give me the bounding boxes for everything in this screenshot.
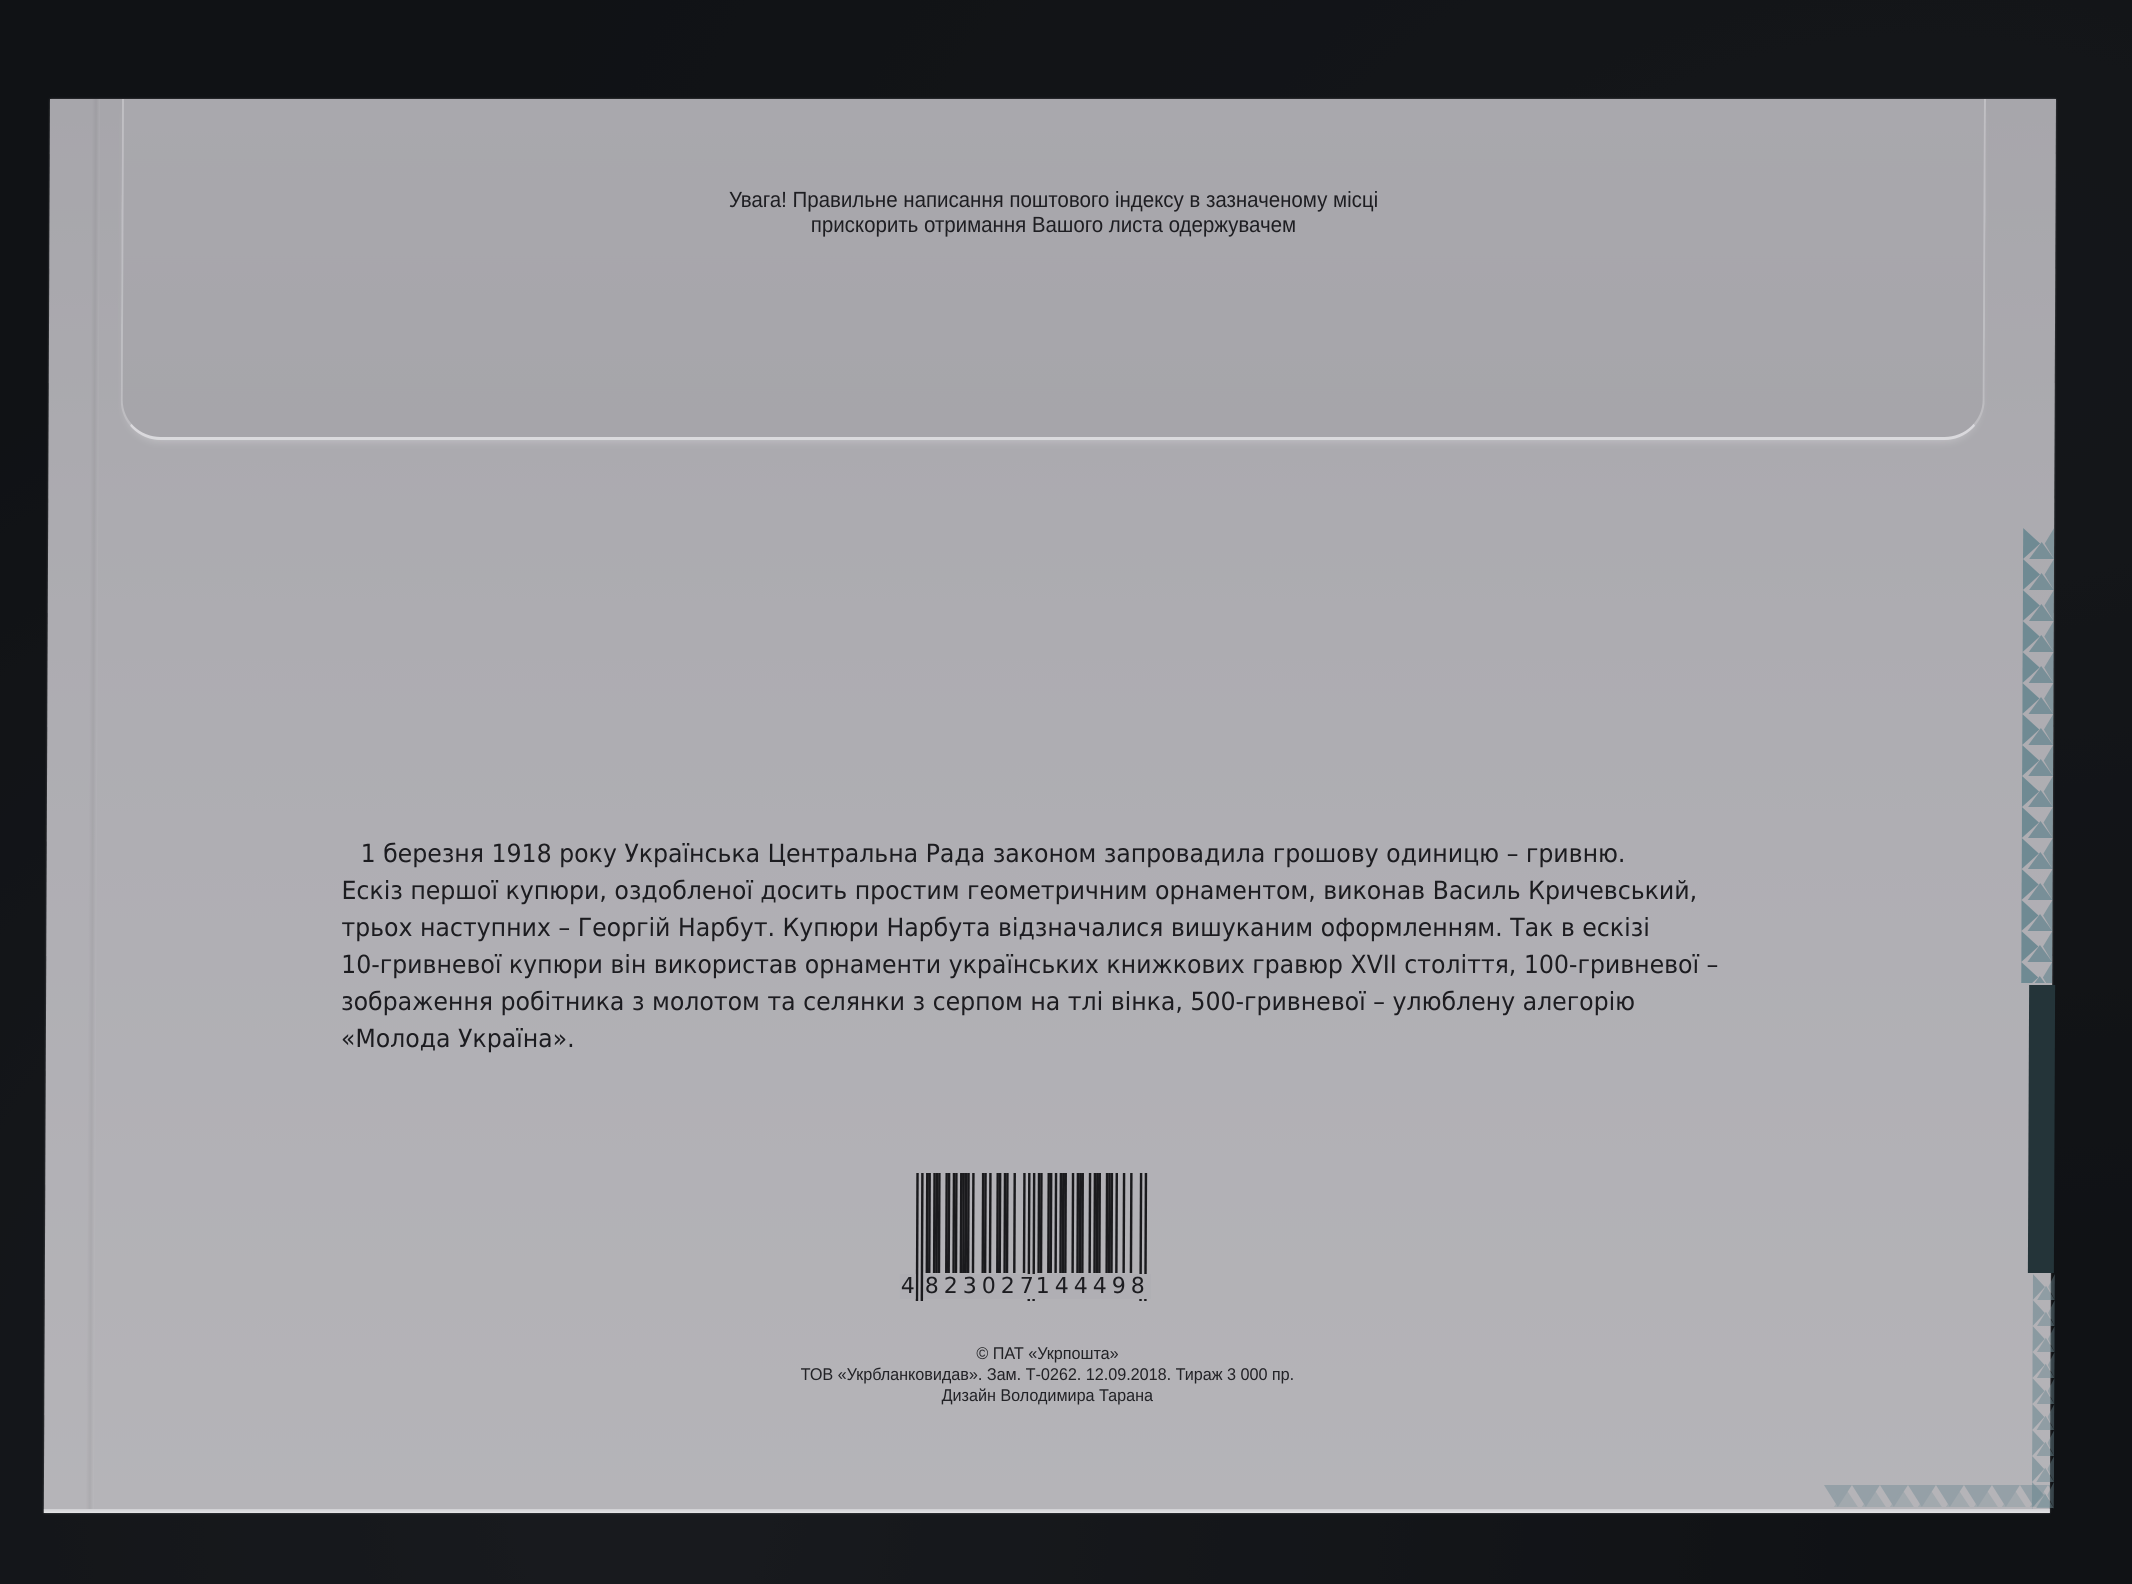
barcode-digit-group: 144498: [1035, 1274, 1151, 1299]
triangle-ornament-bottom: [1824, 1481, 2050, 1507]
description-line: 10-гривневої купюри він використав орнам…: [341, 946, 1721, 983]
side-flap-fold: [86, 99, 100, 1513]
publisher-imprint: © ПАТ «Укрпошта» ТОВ «Укрбланковидав». З…: [94, 1343, 2000, 1406]
ornament-dark-block: [2028, 985, 2055, 1273]
description-line: 1 березня 1918 року Українська Центральн…: [342, 835, 1722, 872]
description-line: «Молода Україна».: [341, 1020, 1721, 1057]
history-description: 1 березня 1918 року Українська Центральн…: [341, 835, 1722, 1057]
envelope-flap: Увага! Правильне написання поштового інд…: [121, 99, 1986, 440]
barcode-number: 4 823027 144498: [902, 1274, 1162, 1304]
notice-line-2: прискорить отримання Вашого листа одержу…: [188, 212, 1918, 237]
barcode: 4 823027 144498: [902, 1173, 1163, 1303]
envelope-bottom-edge: [44, 1509, 2050, 1513]
triangle-ornament-strip: [2021, 528, 2054, 983]
designer-line: Дизайн Володимира Тарана: [94, 1385, 2000, 1406]
barcode-digit-group: 4: [900, 1274, 916, 1299]
envelope-back: Увага! Правильне написання поштового інд…: [44, 99, 2056, 1513]
description-line: зображення робітника з молотом та селянк…: [341, 983, 1721, 1020]
postal-code-notice: Увага! Правильне написання поштового інд…: [188, 187, 1918, 237]
description-line: трьох наступних – Георгій Нарбут. Купюри…: [341, 909, 1721, 946]
triangle-ornament-strip-lower: [2032, 1274, 2055, 1509]
printer-line: ТОВ «Укрбланковидав». Зам. Т-0262. 12.09…: [95, 1364, 2001, 1385]
notice-line-1: Увага! Правильне написання поштового інд…: [189, 187, 1919, 212]
description-line: Ескіз першої купюри, оздобленої досить п…: [341, 872, 1721, 909]
barcode-digit-group: 823027: [924, 1274, 1040, 1299]
copyright-line: © ПАТ «Укрпошта»: [95, 1343, 2001, 1364]
